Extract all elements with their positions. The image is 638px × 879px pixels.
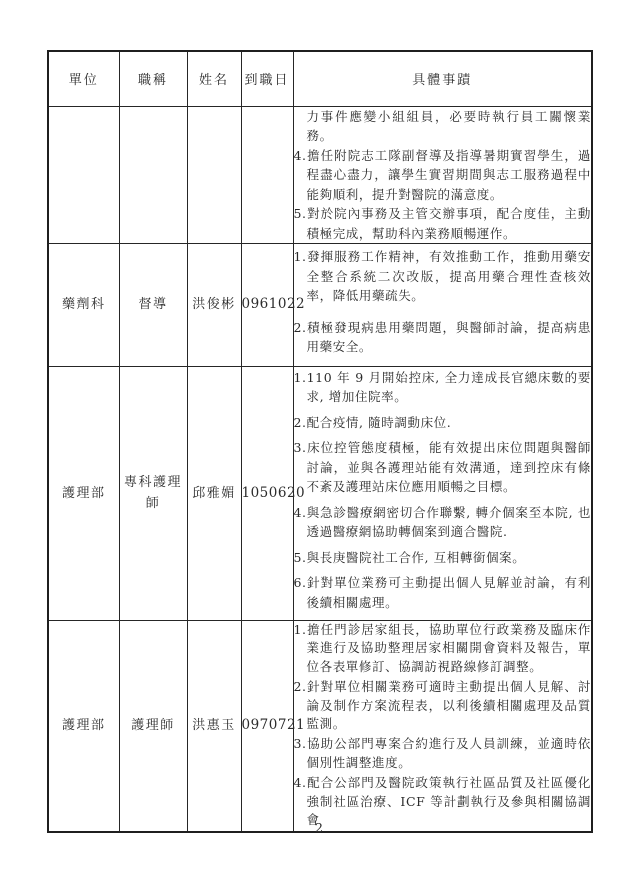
deed-item: 4.擔任附院志工隊副督導及指導暑期實習學生，過程盡心盡力，讓學生實習期間與志工服… xyxy=(294,146,592,205)
title-cell: 專科護理師 xyxy=(119,366,187,620)
deed-item: 3.床位控管態度積極，能有效提出床位問題與醫師討論，並與各護理站能有效溝通，達到… xyxy=(294,438,592,497)
table-row: 藥劑科 督導 洪俊彬 0961022 1.發揮服務工作精神，有效推動工作，推動用… xyxy=(48,244,592,367)
table-row: 護理部 專科護理師 邱雅媚 1050620 1.110 年 9 月開始控床, 全… xyxy=(48,366,592,620)
name-cell xyxy=(187,106,241,244)
unit-cell xyxy=(48,106,119,244)
table-row: 護理部 護理師 洪惠玉 0970721 1.擔任門診居家組長，協助單位行政業務及… xyxy=(48,620,592,832)
name-cell: 邱雅媚 xyxy=(187,366,241,620)
deed-item: 力事件應變小組組員，必要時執行員工關懷業務。 xyxy=(294,107,592,146)
name-cell: 洪俊彬 xyxy=(187,244,241,367)
col-header-title: 職稱 xyxy=(119,51,187,106)
deeds-cell: 力事件應變小組組員，必要時執行員工關懷業務。 4.擔任附院志工隊副督導及指導暑期… xyxy=(293,106,592,244)
table-row: 力事件應變小組組員，必要時執行員工關懷業務。 4.擔任附院志工隊副督導及指導暑期… xyxy=(48,106,592,244)
award-table: 單位 職稱 姓名 到職日 具體事蹟 力事件應變小組組員，必要時執行員工關懷業務。… xyxy=(47,50,593,833)
deeds-cell: 1.擔任門診居家組長，協助單位行政業務及臨床作業進行及協助整理居家相關開會資料及… xyxy=(293,620,592,832)
unit-cell: 藥劑科 xyxy=(48,244,119,367)
deed-item: 2.積極發現病患用藥問題，與醫師討論，提高病患用藥安全。 xyxy=(294,315,592,357)
deed-item: 1.發揮服務工作精神，有效推動工作，推動用藥安全整合系統二次改版，提高用藥合理性… xyxy=(294,244,592,306)
col-header-unit: 單位 xyxy=(48,51,119,106)
deed-item: 5.與長庚醫院社工合作, 互相轉銜個案。 xyxy=(294,548,592,568)
deed-item: 1.擔任門診居家組長，協助單位行政業務及臨床作業進行及協助整理居家相關開會資料及… xyxy=(294,621,592,677)
deeds-cell: 1.110 年 9 月開始控床, 全力達成長官總床數的要求, 增加住院率。 2.… xyxy=(293,366,592,620)
title-cell xyxy=(119,106,187,244)
document-page: 單位 職稱 姓名 到職日 具體事蹟 力事件應變小組組員，必要時執行員工關懷業務。… xyxy=(0,0,638,879)
col-header-deeds: 具體事蹟 xyxy=(293,51,592,106)
deed-item: 2.針對單位相關業務可適時主動提出個人見解、討論及制作方案流程表，以利後續相關處… xyxy=(294,678,592,734)
title-cell: 護理師 xyxy=(119,620,187,832)
date-cell: 0961022 xyxy=(241,244,293,367)
deed-item: 2.配合疫情, 隨時調動床位. xyxy=(294,413,592,433)
deeds-cell: 1.發揮服務工作精神，有效推動工作，推動用藥安全整合系統二次改版，提高用藥合理性… xyxy=(293,244,592,367)
name-cell: 洪惠玉 xyxy=(187,620,241,832)
deed-item: 6.針對單位業務可主動提出個人見解並討論，有利後續相關處理。 xyxy=(294,573,592,612)
unit-cell: 護理部 xyxy=(48,620,119,832)
table-header-row: 單位 職稱 姓名 到職日 具體事蹟 xyxy=(48,51,592,106)
col-header-name: 姓名 xyxy=(187,51,241,106)
date-cell xyxy=(241,106,293,244)
deed-item: 3.協助公部門專案合約進行及人員訓練，並適時依個別性調整進度。 xyxy=(294,735,592,773)
col-header-date: 到職日 xyxy=(241,51,293,106)
date-cell: 0970721 xyxy=(241,620,293,832)
unit-cell: 護理部 xyxy=(48,366,119,620)
deed-item: 4.與急診醫療網密切合作聯繫, 轉介個案至本院, 也透過醫療網協助轉個案到適合醫… xyxy=(294,503,592,542)
title-cell: 督導 xyxy=(119,244,187,367)
page-number: 2 xyxy=(47,820,591,835)
deed-item: 1.110 年 9 月開始控床, 全力達成長官總床數的要求, 增加住院率。 xyxy=(294,368,592,407)
deed-item: 5.對於院內事務及主管交辦事項，配合度佳，主動積極完成，幫助科內業務順暢運作。 xyxy=(294,204,592,243)
date-cell: 1050620 xyxy=(241,366,293,620)
